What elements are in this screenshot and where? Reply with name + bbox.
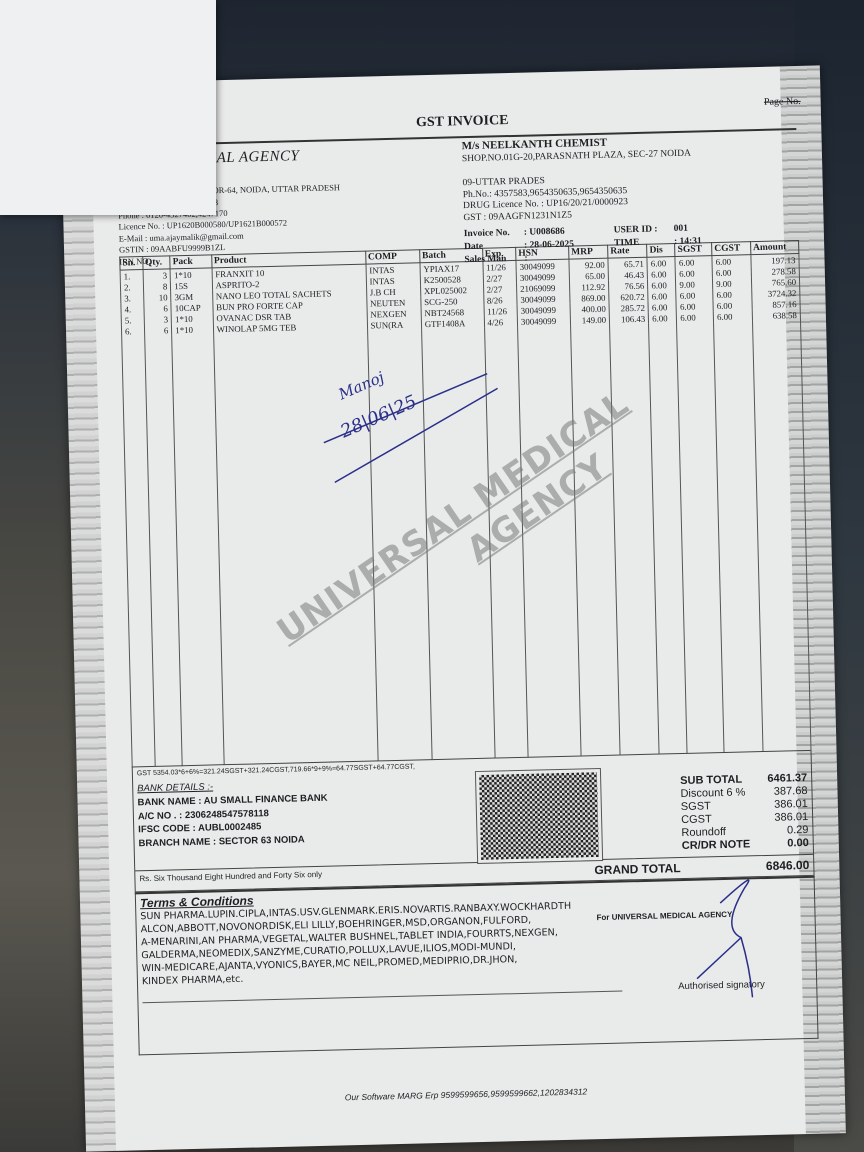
cell-amount: 765.60 xyxy=(751,276,799,288)
cell-rate: 46.43 xyxy=(608,269,647,281)
total-label: SGST xyxy=(681,800,711,814)
cell-sn: 1. xyxy=(120,270,143,282)
cell-exp: 11/26 xyxy=(484,305,518,317)
total-value: 387.68 xyxy=(774,785,808,799)
grand-total-label: GRAND TOTAL xyxy=(594,861,681,877)
bank-details: BANK DETAILS :- BANK NAME : AU SMALL FIN… xyxy=(133,772,468,870)
cell-qty: 6 xyxy=(143,302,171,314)
cell-mrp: 112.92 xyxy=(569,281,608,293)
cell-sn: 3. xyxy=(121,292,144,304)
user-id-label: USER ID : xyxy=(614,224,674,237)
cell-exp: 2/27 xyxy=(483,283,517,295)
total-row: CR/DR NOTE0.00 xyxy=(682,837,809,853)
terms-list: SUN PHARMA.LUPIN.CIPLA,INTAS.USV.GLENMAR… xyxy=(136,898,646,988)
cell-qty: 3 xyxy=(143,269,171,281)
cell-pack: 1*10 xyxy=(170,268,212,281)
cell-qty: 8 xyxy=(143,280,171,292)
invoice-no: : U008686 xyxy=(524,226,614,240)
qr-code xyxy=(476,769,602,863)
cell-sgst: 6.00 xyxy=(676,300,713,312)
cell-dis: 6.00 xyxy=(647,268,675,280)
terms-section: Terms & Conditions SUN PHARMA.LUPIN.CIPL… xyxy=(135,876,819,1056)
cell-mrp: 869.00 xyxy=(570,292,609,304)
cell-sgst: 6.00 xyxy=(676,267,713,279)
invoice-paper: GST INVOICE Page No. ERSAL MEDICAL AGENC… xyxy=(60,65,846,1151)
total-label: Discount 6 % xyxy=(680,786,745,801)
cell-amount: 857.16 xyxy=(752,298,800,310)
total-value: 6461.37 xyxy=(767,772,807,786)
total-label: Roundoff xyxy=(681,826,726,840)
total-value: 0.29 xyxy=(787,824,809,838)
cell-exp: 2/27 xyxy=(483,272,517,284)
invoice-title: GST INVOICE xyxy=(416,113,509,131)
cell-amount: 3724.32 xyxy=(752,287,800,299)
authorised-signatory: Authorised signatory xyxy=(678,979,765,992)
cell-rate: 285.72 xyxy=(609,302,648,314)
total-value: 0.00 xyxy=(787,837,809,851)
cell-sgst: 6.00 xyxy=(676,289,713,301)
cell-dis: 6.00 xyxy=(649,312,677,324)
cell-exp: 4/26 xyxy=(484,316,518,328)
cell-mrp: 65.00 xyxy=(569,270,608,282)
cell-mrp: 149.00 xyxy=(570,314,609,326)
for-company: For UNIVERSAL MEDICAL AGENCY xyxy=(596,910,732,922)
software-footer: Our Software MARG Erp 9599599656,9599599… xyxy=(345,1086,588,1102)
cell-mrp: 400.00 xyxy=(570,303,609,315)
cell-amount: 278.58 xyxy=(751,265,799,277)
divider xyxy=(142,991,622,1004)
cell-sn: 5. xyxy=(121,314,144,326)
invoice-footer: BANK DETAILS :- BANK NAME : AU SMALL FIN… xyxy=(132,764,814,871)
totals-block: SUB TOTAL6461.37Discount 6 %387.68SGST38… xyxy=(610,764,813,859)
page-number-label: Page No. xyxy=(764,96,801,108)
cell-sgst: 9.00 xyxy=(676,278,713,290)
grand-total-value: 6846.00 xyxy=(766,858,810,873)
cell-sgst: 6.00 xyxy=(677,311,714,323)
cell-qty: 10 xyxy=(143,291,171,303)
cell-sn: 2. xyxy=(120,281,143,293)
invoice-no-label: Invoice No. xyxy=(464,228,524,241)
overlapping-paper-sheet xyxy=(0,0,216,215)
user-id: 001 xyxy=(674,223,714,236)
cell-dis: 6.00 xyxy=(648,290,676,302)
cell-sn: 6. xyxy=(121,325,144,337)
cell-rate: 620.72 xyxy=(609,291,648,303)
cell-sn: 4. xyxy=(121,303,144,315)
total-label: CGST xyxy=(681,813,712,827)
total-value: 386.01 xyxy=(774,811,808,825)
cell-amount: 638.58 xyxy=(752,309,800,321)
total-label: CR/DR NOTE xyxy=(682,838,751,853)
total-value: 386.01 xyxy=(774,798,808,812)
cell-rate: 76.56 xyxy=(609,280,648,292)
amount-in-words: Rs. Six Thousand Eight Hundred and Forty… xyxy=(139,870,322,888)
grand-total-row: GRAND TOTAL 6846.00 xyxy=(594,858,809,877)
cell-dis: 6.00 xyxy=(648,301,676,313)
cell-exp: 8/26 xyxy=(483,294,517,306)
cell-dis: 6.00 xyxy=(648,279,676,291)
cell-qty: 6 xyxy=(144,324,172,336)
cell-qty: 3 xyxy=(144,313,172,325)
buyer-block: M/s NEELKANTH CHEMIST SHOP.NO.01G-20,PAR… xyxy=(461,130,799,248)
invoice-header: ERSAL MEDICAL AGENCY rmaceutical Distrib… xyxy=(117,130,799,257)
cell-rate: 106.43 xyxy=(609,313,648,325)
